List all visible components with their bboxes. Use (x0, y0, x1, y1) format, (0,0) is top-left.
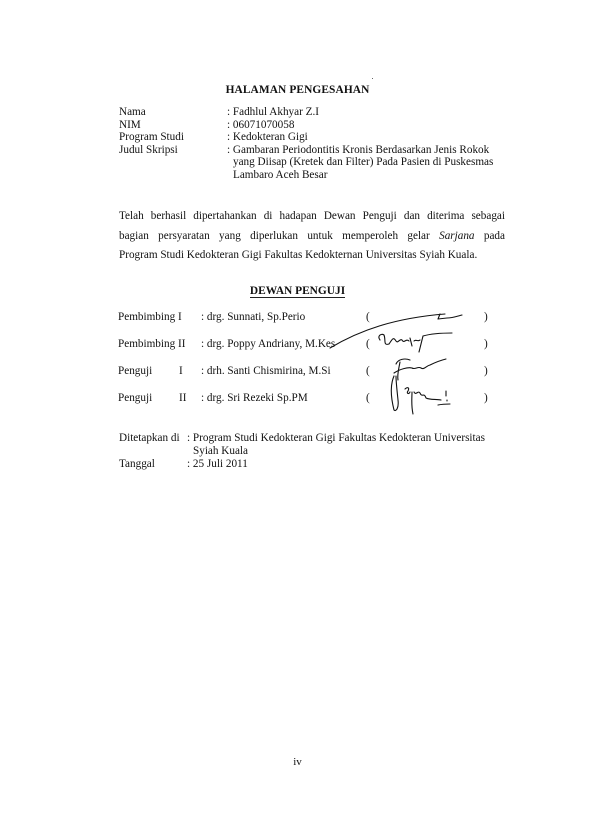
committee-role: PengujiI (118, 365, 193, 378)
info-value: : 06071070058 (227, 119, 517, 132)
degree-name: Sarjana (439, 230, 474, 242)
thesis-title-line-2: yang Diisap (Kretek dan Filter) Pada Pas… (227, 156, 517, 169)
decree-label: Tanggal (119, 458, 187, 471)
paragraph-text: bagian persyaratan yang diperlukan untuk… (119, 230, 439, 242)
decree-row-place: Ditetapkan di : Program Studi Kedokteran… (119, 432, 517, 458)
info-value: : Kedokteran Gigi (227, 131, 517, 144)
signature-2 (379, 333, 452, 352)
paragraph-text: pada (475, 230, 505, 242)
decree-value: : Program Studi Kedokteran Gigi Fakultas… (187, 432, 517, 458)
signature-4 (391, 376, 450, 414)
role-number: II (178, 338, 185, 350)
thesis-title-line-1: : Gambaran Periodontitis Kronis Berdasar… (227, 144, 489, 156)
role-number: I (179, 365, 183, 378)
decree-label: Ditetapkan di (119, 432, 187, 458)
student-info: Nama : Fadhlul Akhyar Z.I NIM : 06071070… (119, 106, 517, 182)
decree-place-continuation: Syiah Kuala (187, 445, 517, 458)
committee-role: Pembimbing II (118, 338, 193, 351)
bracket-close: ) (484, 311, 488, 324)
info-row-program: Program Studi : Kedokteran Gigi (119, 131, 517, 144)
info-label: NIM (119, 119, 227, 132)
info-row-name: Nama : Fadhlul Akhyar Z.I (119, 106, 517, 119)
committee-member-name: : drh. Santi Chismirina, M.Si (201, 365, 331, 378)
bracket-open: ( (366, 392, 370, 405)
committee-role: PengujiII (118, 392, 193, 405)
thesis-title-line-3: Lambaro Aceh Besar (227, 169, 517, 182)
info-value: : Fadhlul Akhyar Z.I (227, 106, 517, 119)
info-label: Judul Skripsi (119, 144, 227, 182)
decree-date: : 25 Juli 2011 (187, 458, 517, 471)
committee-title: DEWAN PENGUJI (0, 285, 595, 297)
committee-title-text: DEWAN PENGUJI (250, 285, 345, 298)
paragraph-line-2: bagian persyaratan yang diperlukan untuk… (119, 227, 505, 247)
bracket-close: ) (484, 392, 488, 405)
role-text: Pembimbing (118, 338, 175, 350)
bracket-open: ( (366, 338, 370, 351)
committee-role: Pembimbing I (118, 311, 193, 324)
role-text: Pembimbing (118, 311, 175, 323)
bracket-close: ) (484, 365, 488, 378)
committee-member-name: : drg. Sri Rezeki Sp.PM (201, 392, 308, 405)
signature-1 (330, 314, 462, 348)
role-text: Penguji (118, 392, 152, 404)
page-number: iv (0, 756, 595, 768)
committee-member-name: : drg. Poppy Andriany, M.Kes (201, 338, 335, 351)
paragraph-line-1: Telah berhasil dipertahankan di hadapan … (119, 207, 505, 227)
info-row-nim: NIM : 06071070058 (119, 119, 517, 132)
info-label: Nama (119, 106, 227, 119)
decree-info: Ditetapkan di : Program Studi Kedokteran… (119, 432, 517, 470)
decree-row-date: Tanggal : 25 Juli 2011 (119, 458, 517, 471)
bracket-close: ) (484, 338, 488, 351)
approval-paragraph: Telah berhasil dipertahankan di hadapan … (119, 207, 505, 266)
bracket-open: ( (366, 311, 370, 324)
decree-place: : Program Studi Kedokteran Gigi Fakultas… (187, 432, 485, 444)
info-label: Program Studi (119, 131, 227, 144)
info-row-thesis-title: Judul Skripsi : Gambaran Periodontitis K… (119, 144, 517, 182)
page-title: HALAMAN PENGESAHAN (0, 84, 595, 96)
role-text: Penguji (118, 365, 152, 377)
signature-3 (394, 359, 446, 380)
info-value: : Gambaran Periodontitis Kronis Berdasar… (227, 144, 517, 182)
paragraph-line-3: Program Studi Kedokteran Gigi Fakultas K… (119, 246, 505, 266)
committee-member-name: : drg. Sunnati, Sp.Perio (201, 311, 305, 324)
scan-speck (372, 78, 373, 79)
role-number: II (179, 392, 186, 405)
role-number: I (178, 311, 182, 323)
bracket-open: ( (366, 365, 370, 378)
